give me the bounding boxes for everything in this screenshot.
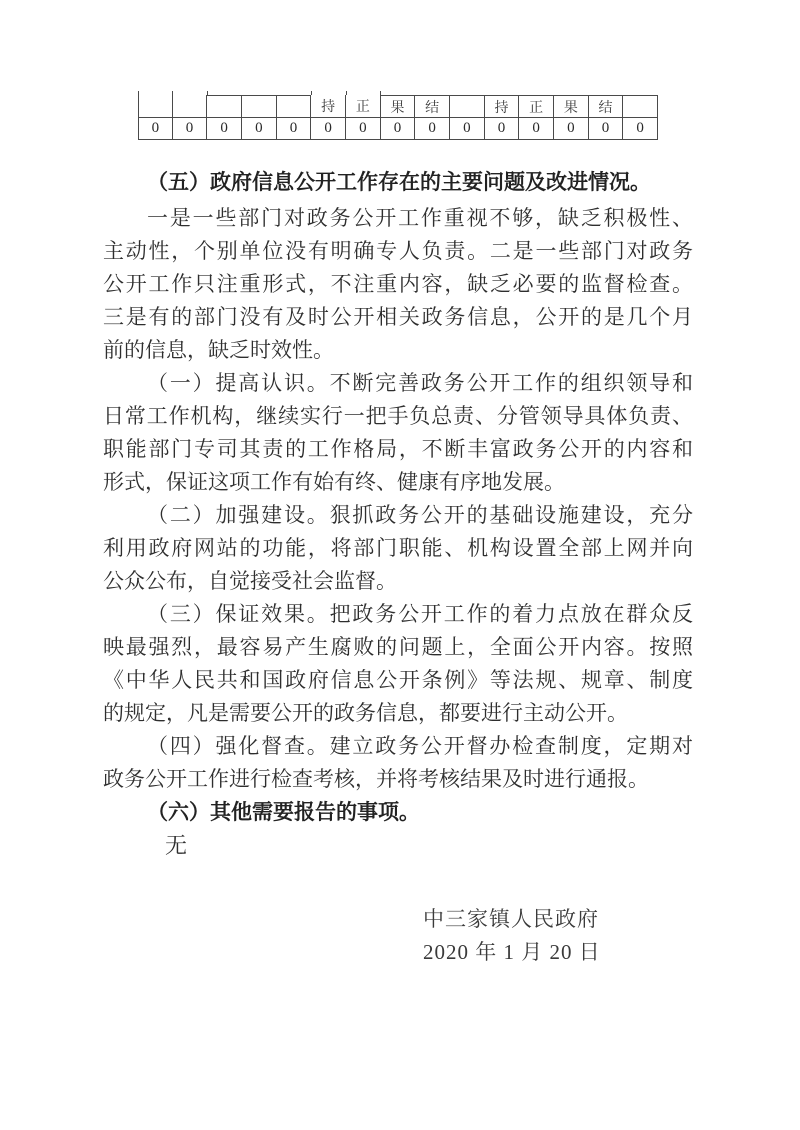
table-cell [242, 95, 277, 118]
table-cell: 0 [554, 118, 589, 140]
table-border-stub [207, 91, 208, 95]
table-border-stub [311, 91, 312, 95]
table-border-stub [172, 91, 173, 95]
statistics-table: 持 正 果 结 持 正 果 结 0 0 0 0 0 0 0 0 0 0 0 0 … [138, 95, 658, 140]
table-border-stub [138, 91, 139, 95]
table-cell: 果 [554, 95, 589, 118]
text-line: （一）提高认识。不断完善政务公开工作的组织领导和 [103, 367, 693, 400]
table-cell: 0 [277, 118, 312, 140]
table-cell [173, 95, 208, 118]
paragraph-strengthen-supervision: （四）强化督查。建立政务公开督办检查制度，定期对 政务公开工作进行检查考核，并将… [103, 730, 693, 796]
table-cell: 0 [138, 118, 173, 140]
table-cell: 0 [415, 118, 450, 140]
table-cell: 0 [381, 118, 416, 140]
text-line: 一是一些部门对政务公开工作重视不够，缺乏积极性、 [103, 202, 693, 235]
table-cell: 正 [519, 95, 554, 118]
table-cell: 0 [589, 118, 624, 140]
paragraph-problems: 一是一些部门对政务公开工作重视不够，缺乏积极性、 主动性，个别单位没有明确专人负… [103, 202, 693, 367]
table-cell: 0 [450, 118, 485, 140]
table-cell: 正 [346, 95, 381, 118]
text-line: （二）加强建设。狠抓政务公开的基础设施建设，充分 [103, 499, 693, 532]
text-line: （三）保证效果。把政务公开工作的着力点放在群众反 [103, 598, 693, 631]
text-line: 主动性，个别单位没有明确专人负责。二是一些部门对政务 [103, 235, 693, 268]
section-heading-6: （六）其他需要报告的事项。 [103, 796, 693, 829]
table-cell: 结 [589, 95, 624, 118]
signature-block: 中三家镇人民政府 2020 年 1 月 20 日 [423, 903, 601, 969]
table-values-row: 0 0 0 0 0 0 0 0 0 0 0 0 0 0 0 [138, 118, 658, 140]
table-cell: 持 [485, 95, 520, 118]
table-cell [207, 95, 242, 118]
text-line: 前的信息，缺乏时效性。 [103, 334, 693, 367]
text-line: 利用政府网站的功能，将部门职能、机构设置全部上网并向 [103, 532, 693, 565]
table-cell: 0 [242, 118, 277, 140]
section-heading-5: （五）政府信息公开工作存在的主要问题及改进情况。 [103, 166, 693, 199]
table-cell: 结 [415, 95, 450, 118]
table-cell [450, 95, 485, 118]
table-border-stub [380, 91, 381, 95]
text-line: 日常工作机构，继续实行一把手负总责、分管领导具体负责、 [103, 400, 693, 433]
table-cell: 0 [485, 118, 520, 140]
signature-org: 中三家镇人民政府 [423, 903, 601, 936]
text-line: 《中华人民共和国政府信息公开条例》等法规、规章、制度 [103, 664, 693, 697]
text-line: （四）强化督查。建立政务公开督办检查制度，定期对 [103, 730, 693, 763]
table-cell: 0 [207, 118, 242, 140]
table-cell [138, 95, 173, 118]
paragraph-ensure-results: （三）保证效果。把政务公开工作的着力点放在群众反 映最强烈，最容易产生腐败的问题… [103, 598, 693, 730]
text-line: 三是有的部门没有及时公开相关政务信息，公开的是几个月 [103, 301, 693, 334]
table-header-row: 持 正 果 结 持 正 果 结 [138, 95, 658, 118]
table-cell: 0 [519, 118, 554, 140]
table-border-stub [346, 91, 347, 95]
none-text: 无 [103, 829, 693, 862]
text-line: 映最强烈，最容易产生腐败的问题上，全面公开内容。按照 [103, 631, 693, 664]
text-line: 职能部门专司其责的工作格局，不断丰富政务公开的内容和 [103, 433, 693, 466]
table-cell: 0 [173, 118, 208, 140]
text-line: 政务公开工作进行检查考核，并将考核结果及时进行通报。 [103, 763, 693, 796]
table-cell: 果 [381, 95, 416, 118]
table-cell [277, 95, 312, 118]
table-cell: 0 [346, 118, 381, 140]
paragraph-improve-awareness: （一）提高认识。不断完善政务公开工作的组织领导和 日常工作机构，继续实行一把手负… [103, 367, 693, 499]
document-page: 持 正 果 结 持 正 果 结 0 0 0 0 0 0 0 0 0 0 0 0 … [0, 0, 800, 1130]
paragraph-strengthen-construction: （二）加强建设。狠抓政务公开的基础设施建设，充分 利用政府网站的功能，将部门职能… [103, 499, 693, 598]
text-line: 形式，保证这项工作有始有终、健康有序地发展。 [103, 466, 693, 499]
table-cell: 0 [623, 118, 658, 140]
text-line: 公开工作只注重形式，不注重内容，缺乏必要的监督检查。 [103, 268, 693, 301]
text-line: 公众公布，自觉接受社会监督。 [103, 565, 693, 598]
table-cell: 持 [311, 95, 346, 118]
text-line: 的规定，凡是需要公开的政务信息，都要进行主动公开。 [103, 697, 693, 730]
table-cell: 0 [311, 118, 346, 140]
signature-date: 2020 年 1 月 20 日 [423, 936, 601, 969]
document-body: （五）政府信息公开工作存在的主要问题及改进情况。 一是一些部门对政务公开工作重视… [103, 166, 693, 862]
table-cell [623, 95, 658, 118]
